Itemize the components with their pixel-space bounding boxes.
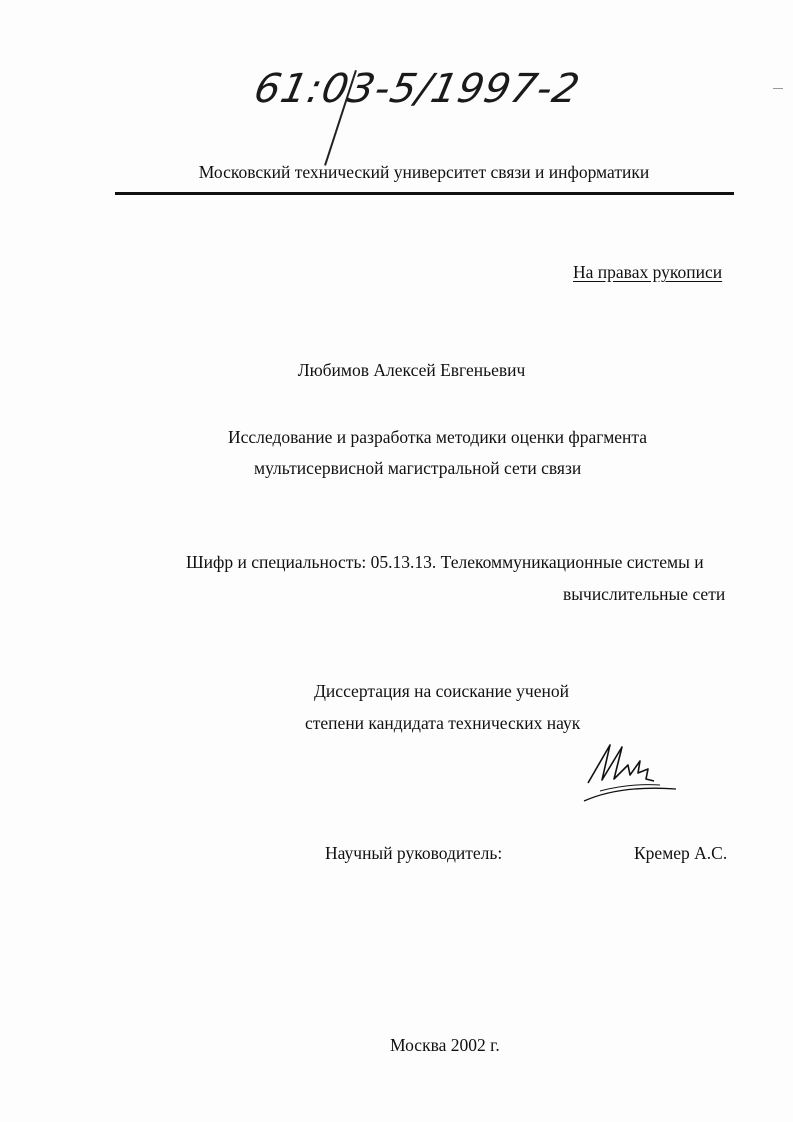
specialty-line-1: Шифр и специальность: 05.13.13. Телекомм… — [186, 552, 704, 572]
rights-notice: На правах рукописи — [573, 262, 722, 282]
scan-mark — [773, 88, 783, 89]
header-rule — [115, 192, 734, 195]
specialty-line-2: вычислительные сети — [563, 584, 725, 604]
university-name: Московский технический университет связи… — [0, 162, 793, 182]
thesis-title-line-2: мультисервисной магистральной сети связи — [254, 458, 581, 478]
author-name: Любимов Алексей Евгеньевич — [0, 360, 793, 380]
supervisor-label: Научный руководитель: — [325, 843, 502, 863]
handwritten-catalog-number: 61:03-5/1997-2 — [250, 66, 584, 112]
degree-line-2: степени кандидата технических наук — [305, 713, 580, 733]
signature-icon — [580, 735, 680, 805]
degree-line-1: Диссертация на соискание ученой — [314, 681, 569, 701]
thesis-title-line-1: Исследование и разработка методики оценк… — [228, 427, 647, 447]
city-year: Москва 2002 г. — [390, 1035, 500, 1055]
supervisor-name: Кремер А.С. — [634, 843, 727, 863]
